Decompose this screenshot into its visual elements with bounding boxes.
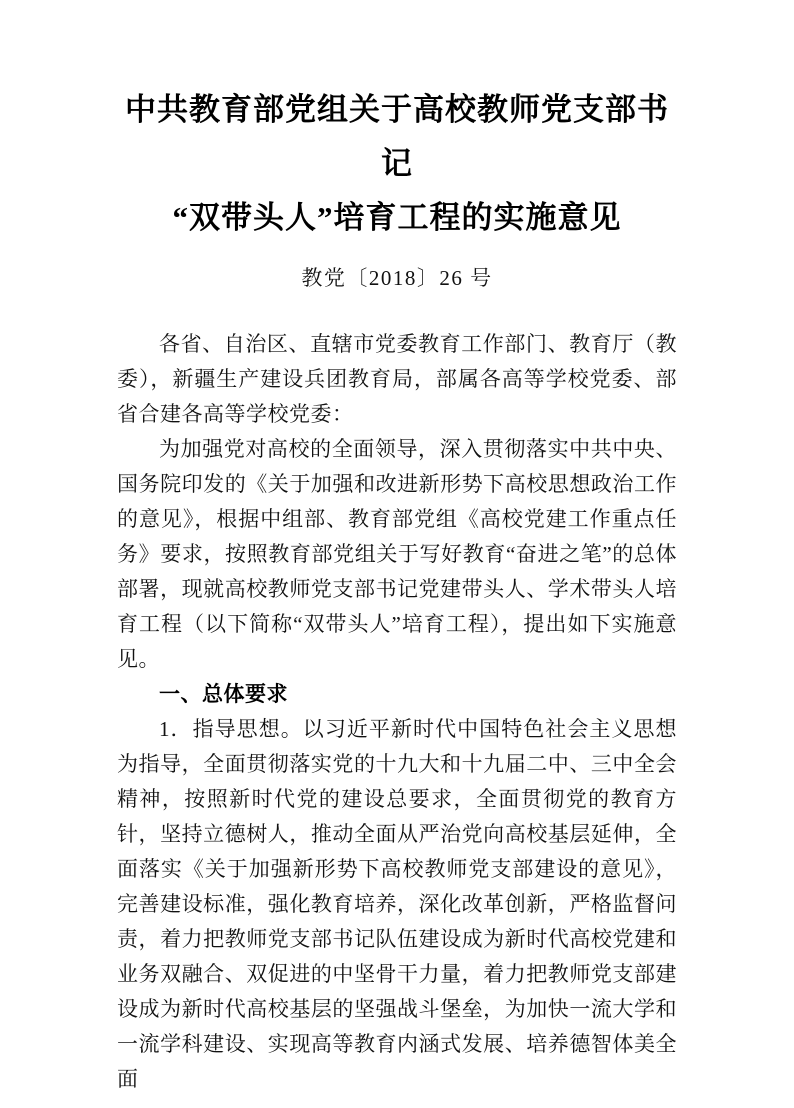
document-title: 中共教育部党组关于高校教师党支部书记 “双带头人”培育工程的实施意见 bbox=[117, 83, 677, 245]
document-title-line-2: “双带头人”培育工程的实施意见 bbox=[117, 191, 677, 245]
salutation-paragraph: 各省、自治区、直辖市党委教育工作部门、教育厅（教委），新疆生产建设兵团教育局，部… bbox=[117, 327, 677, 432]
section-heading-overall-requirements: 一、总体要求 bbox=[117, 677, 677, 712]
document-body: 各省、自治区、直辖市党委教育工作部门、教育厅（教委），新疆生产建设兵团教育局，部… bbox=[117, 327, 677, 1097]
document-page: 中共教育部党组关于高校教师党支部书记 “双带头人”培育工程的实施意见 教党〔20… bbox=[0, 0, 794, 1108]
document-number: 教党〔2018〕26 号 bbox=[117, 261, 677, 296]
guiding-ideology-paragraph: 1．指导思想。以习近平新时代中国特色社会主义思想为指导，全面贯彻落实党的十九大和… bbox=[117, 712, 677, 1097]
intro-paragraph: 为加强党对高校的全面领导，深入贯彻落实中共中央、国务院印发的《关于加强和改进新形… bbox=[117, 432, 677, 677]
document-title-line-1: 中共教育部党组关于高校教师党支部书记 bbox=[117, 83, 677, 191]
